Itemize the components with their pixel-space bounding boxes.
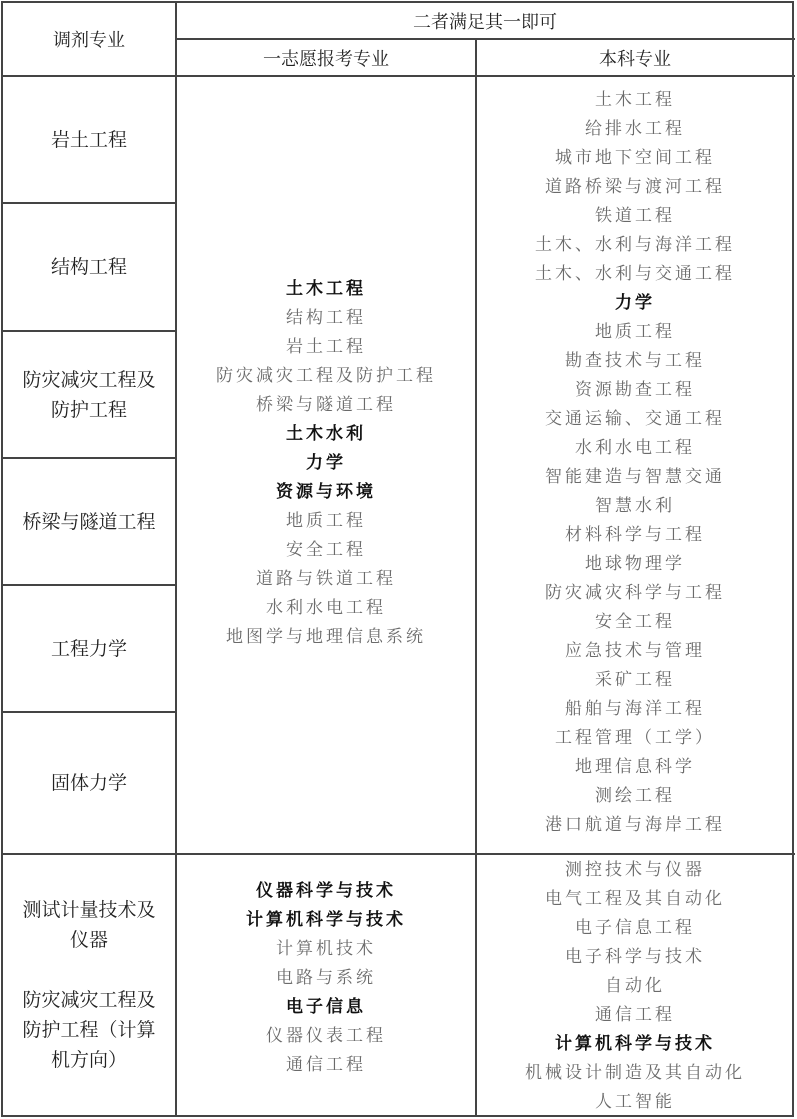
header-span-title-label: 二者满足其一即可 — [413, 8, 557, 34]
list-item: 地图学与地理信息系统 — [226, 623, 426, 652]
list-item: 土木、水利与海洋工程 — [535, 231, 735, 260]
list-item: 地质工程 — [595, 318, 675, 347]
list-item: 土木工程 — [595, 86, 675, 115]
list-item: 力学 — [306, 449, 346, 478]
header-first-choice: 一志愿报考专业 — [177, 40, 475, 75]
list-item: 桥梁与隧道工程 — [256, 391, 396, 420]
left-row-solid-mechanics: 固体力学 — [3, 713, 175, 853]
list-item: 安全工程 — [595, 608, 675, 637]
list-item: 城市地下空间工程 — [555, 144, 715, 173]
list-item: 机械设计制造及其自动化 — [525, 1059, 745, 1088]
list-item: 材料科学与工程 — [565, 521, 705, 550]
list-item: 测绘工程 — [595, 782, 675, 811]
header-first-choice-label: 一志愿报考专业 — [263, 45, 389, 71]
left-row-label: 防护工程（计算 — [22, 1015, 155, 1045]
list-item: 勘查技术与工程 — [565, 347, 705, 376]
list-item: 电路与系统 — [276, 964, 376, 993]
left-row-label: 防护工程 — [51, 395, 127, 425]
list-item: 计算机科学与技术 — [555, 1030, 715, 1059]
list-item: 道路桥梁与渡河工程 — [545, 173, 725, 202]
undergrad-list: 测控技术与仪器 电气工程及其自动化 电子信息工程 电子科学与技术 自动化 通信工… — [525, 856, 745, 1117]
header-adjust-major-label: 调剂专业 — [53, 26, 125, 52]
left-row-label: 岩土工程 — [51, 125, 127, 155]
list-item: 电子科学与技术 — [565, 943, 705, 972]
list-item: 通信工程 — [286, 1051, 366, 1080]
left-row-label: 结构工程 — [51, 252, 127, 282]
list-item: 资源勘查工程 — [575, 376, 695, 405]
list-item: 力学 — [615, 289, 655, 318]
header-undergrad-label: 本科专业 — [599, 45, 671, 71]
list-item: 电气工程及其自动化 — [545, 885, 725, 914]
left-row-label: 防灾减灾工程及 — [22, 365, 155, 395]
list-item: 防灾减灾科学与工程 — [545, 579, 725, 608]
list-item: 自动化 — [605, 972, 665, 1001]
left-row-label: 工程力学 — [51, 634, 127, 664]
list-item: 工程管理（工学） — [555, 724, 715, 753]
left-row-label: 测试计量技术及 — [22, 895, 155, 925]
list-item: 交通运输、交通工程 — [545, 405, 725, 434]
header-undergrad: 本科专业 — [477, 40, 793, 75]
left-row-label: 桥梁与隧道工程 — [22, 507, 155, 537]
list-item: 电子信息 — [286, 993, 366, 1022]
left-row-engineering-mechanics: 工程力学 — [3, 586, 175, 711]
list-item: 智慧水利 — [595, 492, 675, 521]
list-item: 仪器科学与技术 — [256, 877, 396, 906]
list-item: 地理信息科学 — [575, 753, 695, 782]
list-item: 船舶与海洋工程 — [565, 695, 705, 724]
list-item: 人工智能 — [595, 1088, 675, 1117]
list-item: 铁道工程 — [595, 202, 675, 231]
list-item: 道路与铁道工程 — [256, 565, 396, 594]
list-item: 资源与环境 — [276, 478, 376, 507]
list-item: 岩土工程 — [286, 333, 366, 362]
list-item: 港口航道与海岸工程 — [545, 811, 725, 840]
list-item: 水利水电工程 — [575, 434, 695, 463]
list-item: 结构工程 — [286, 304, 366, 333]
left-row-label: 防灾减灾工程及 — [22, 985, 155, 1015]
list-item: 计算机科学与技术 — [246, 906, 406, 935]
section1-undergrad: 土木工程 给排水工程 城市地下空间工程 道路桥梁与渡河工程 铁道工程 土木、水利… — [477, 77, 793, 853]
left-row-label: 机方向） — [51, 1045, 127, 1075]
left-row-bridge-tunnel: 桥梁与隧道工程 — [3, 459, 175, 584]
list-item: 计算机技术 — [276, 935, 376, 964]
list-item: 电子信息工程 — [575, 914, 695, 943]
header-span-title: 二者满足其一即可 — [177, 3, 793, 38]
section1-first-choice: 土木工程 结构工程 岩土工程 防灾减灾工程及防护工程 桥梁与隧道工程 土木水利 … — [177, 77, 475, 853]
undergrad-list: 土木工程 给排水工程 城市地下空间工程 道路桥梁与渡河工程 铁道工程 土木、水利… — [535, 86, 735, 840]
list-item: 地球物理学 — [585, 550, 685, 579]
list-item: 测控技术与仪器 — [565, 856, 705, 885]
left-row-measurement-and-computing: 测试计量技术及 仪器 防灾减灾工程及 防护工程（计算 机方向） — [3, 855, 175, 1115]
list-item: 土木工程 — [286, 275, 366, 304]
left-row-disaster-prevention: 防灾减灾工程及 防护工程 — [3, 332, 175, 457]
list-item: 通信工程 — [595, 1001, 675, 1030]
list-item: 给排水工程 — [585, 115, 685, 144]
left-row-structural: 结构工程 — [3, 204, 175, 330]
first-choice-list: 土木工程 结构工程 岩土工程 防灾减灾工程及防护工程 桥梁与隧道工程 土木水利 … — [216, 275, 436, 652]
list-item: 仪器仪表工程 — [266, 1022, 386, 1051]
list-item: 土木水利 — [286, 420, 366, 449]
header-adjust-major: 调剂专业 — [3, 3, 175, 75]
list-item: 水利水电工程 — [266, 594, 386, 623]
section2-first-choice: 仪器科学与技术 计算机科学与技术 计算机技术 电路与系统 电子信息 仪器仪表工程… — [177, 855, 475, 1115]
list-item: 智能建造与智慧交通 — [545, 463, 725, 492]
list-item: 地质工程 — [286, 507, 366, 536]
list-item: 安全工程 — [286, 536, 366, 565]
left-row-geotechnical: 岩土工程 — [3, 77, 175, 202]
left-row-label: 固体力学 — [51, 768, 127, 798]
list-item: 采矿工程 — [595, 666, 675, 695]
list-item: 防灾减灾工程及防护工程 — [216, 362, 436, 391]
list-item: 土木、水利与交通工程 — [535, 260, 735, 289]
section2-undergrad: 测控技术与仪器 电气工程及其自动化 电子信息工程 电子科学与技术 自动化 通信工… — [477, 855, 793, 1115]
list-item: 应急技术与管理 — [565, 637, 705, 666]
left-row-label: 仪器 — [70, 925, 108, 955]
first-choice-list: 仪器科学与技术 计算机科学与技术 计算机技术 电路与系统 电子信息 仪器仪表工程… — [246, 877, 406, 1080]
